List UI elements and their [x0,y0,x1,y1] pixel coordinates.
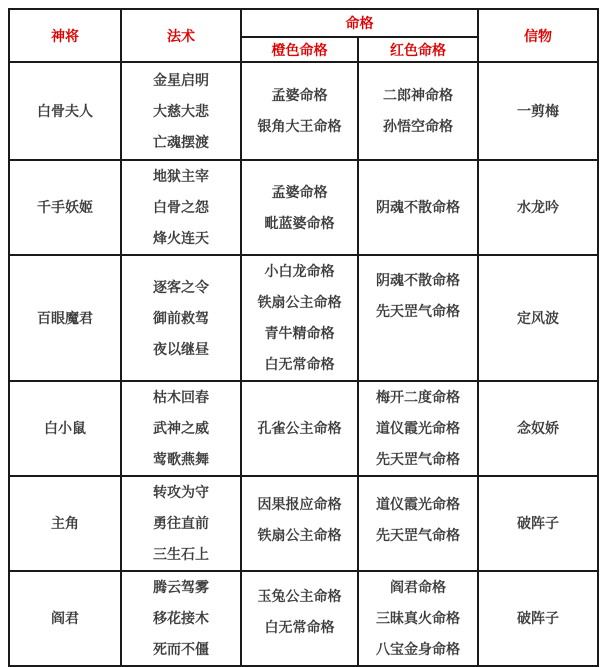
token-name: 定风波 [479,303,597,334]
orange-fate-line: 孟婆命格 [242,80,357,111]
general-name: 百眼魔君 [10,303,120,334]
header-fate-group: 命格 [241,9,478,37]
spells-cell: 腾云驾雾 移花接木 死而不僵 [121,571,241,666]
orange-fate-line: 孟婆命格 [242,177,357,208]
red-fate-line: 阎君命格 [359,572,477,603]
spell-line: 白骨之怨 [122,192,240,223]
general-cell: 主角 [9,476,121,571]
orange-fate-line: 玉兔公主命格 [242,581,357,612]
spell-line: 枯木回春 [122,382,240,413]
red-fate-line: 孙悟空命格 [359,111,477,142]
header-token: 信物 [478,9,598,62]
general-name: 白骨夫人 [10,96,120,127]
spell-line: 转攻为守 [122,477,240,508]
orange-fate-line: 白无常命格 [242,612,357,643]
general-name: 阎君 [10,603,120,634]
table-row: 主角 转攻为守 勇往直前 三生石上 因果报应命格 铁扇公主命格 道仪霞光命格 先… [9,476,598,571]
spell-line: 夜以继昼 [122,334,240,365]
red-fate-cell: 阴魂不散命格 先天罡气命格 [358,255,478,381]
red-fate-line: 先天罡气命格 [359,296,477,327]
red-fate-line: 道仪霞光命格 [359,489,477,520]
spells-cell: 地狱主宰 白骨之怨 烽火连天 [121,160,241,255]
spell-line: 大慈大悲 [122,96,240,127]
token-cell: 念奴娇 [478,381,598,476]
token-cell: 破阵子 [478,571,598,666]
token-name: 念奴娇 [479,413,597,444]
orange-fate-line: 铁扇公主命格 [242,520,357,551]
red-fate-cell: 阎君命格 三昧真火命格 八宝金身命格 [358,571,478,666]
orange-fate-cell: 孟婆命格 毗蓝婆命格 [241,160,358,255]
general-cell: 白小鼠 [9,381,121,476]
header-row-1: 神将 法术 命格 信物 [9,9,598,37]
red-fate-line: 二郎神命格 [359,80,477,111]
table-header: 神将 法术 命格 信物 橙色命格 红色命格 [9,9,598,62]
spells-cell: 转攻为守 勇往直前 三生石上 [121,476,241,571]
orange-fate-line: 银角大王命格 [242,111,357,142]
table-row: 白小鼠 枯木回春 武神之威 莺歌燕舞 孔雀公主命格 梅开二度命格 道仪霞光命格 … [9,381,598,476]
token-cell: 定风波 [478,255,598,381]
spells-cell: 枯木回春 武神之威 莺歌燕舞 [121,381,241,476]
red-fate-cell: 道仪霞光命格 先天罡气命格 [358,476,478,571]
token-cell: 破阵子 [478,476,598,571]
spell-line: 腾云驾雾 [122,572,240,603]
spell-line: 金星启明 [122,65,240,96]
table-body: 白骨夫人 金星启明 大慈大悲 亡魂摆渡 孟婆命格 银角大王命格 二郎神命格 孙悟… [9,62,598,666]
token-cell: 一剪梅 [478,62,598,160]
spells-cell: 逐客之令 御前救驾 夜以继昼 [121,255,241,381]
orange-fate-line: 铁扇公主命格 [242,287,357,318]
spell-line: 亡魂摆渡 [122,127,240,158]
general-cell: 阎君 [9,571,121,666]
orange-fate-cell: 孔雀公主命格 [241,381,358,476]
header-orange-fate: 橙色命格 [241,37,358,62]
table-row: 千手妖姬 地狱主宰 白骨之怨 烽火连天 孟婆命格 毗蓝婆命格 阴魂不散命格 水龙… [9,160,598,255]
red-fate-line: 先天罡气命格 [359,520,477,551]
orange-fate-cell: 孟婆命格 银角大王命格 [241,62,358,160]
spell-line: 勇往直前 [122,508,240,539]
token-name: 一剪梅 [479,96,597,127]
token-name: 水龙吟 [479,192,597,223]
general-cell: 百眼魔君 [9,255,121,381]
red-fate-line: 梅开二度命格 [359,382,477,413]
spell-line: 武神之威 [122,413,240,444]
red-fate-line: 八宝金身命格 [359,634,477,665]
token-name: 破阵子 [479,603,597,634]
spell-line: 御前救驾 [122,303,240,334]
spell-line: 移花接木 [122,603,240,634]
red-fate-line: 三昧真火命格 [359,603,477,634]
spell-line: 逐客之令 [122,272,240,303]
orange-fate-cell: 因果报应命格 铁扇公主命格 [241,476,358,571]
spell-line: 三生石上 [122,539,240,570]
general-name: 主角 [10,508,120,539]
spells-cell: 金星启明 大慈大悲 亡魂摆渡 [121,62,241,160]
orange-fate-line: 孔雀公主命格 [242,413,357,444]
red-fate-cell: 梅开二度命格 道仪霞光命格 先天罡气命格 [358,381,478,476]
token-cell: 水龙吟 [478,160,598,255]
general-name: 白小鼠 [10,413,120,444]
table-row: 白骨夫人 金星启明 大慈大悲 亡魂摆渡 孟婆命格 银角大王命格 二郎神命格 孙悟… [9,62,598,160]
spell-line: 莺歌燕舞 [122,444,240,475]
orange-fate-line: 青牛精命格 [242,318,357,349]
red-fate-line: 阴魂不散命格 [359,192,477,223]
general-cell: 千手妖姬 [9,160,121,255]
fate-table: 神将 法术 命格 信物 橙色命格 红色命格 白骨夫人 金星启明 大慈大悲 亡魂摆… [8,8,599,667]
orange-fate-cell: 小白龙命格 铁扇公主命格 青牛精命格 白无常命格 [241,255,358,381]
spell-line: 死而不僵 [122,634,240,665]
header-general: 神将 [9,9,121,62]
orange-fate-line: 因果报应命格 [242,489,357,520]
red-fate-cell: 阴魂不散命格 [358,160,478,255]
red-fate-line: 先天罡气命格 [359,444,477,475]
red-fate-line: 道仪霞光命格 [359,413,477,444]
token-name: 破阵子 [479,508,597,539]
table-row: 百眼魔君 逐客之令 御前救驾 夜以继昼 小白龙命格 铁扇公主命格 青牛精命格 白… [9,255,598,381]
table-row: 阎君 腾云驾雾 移花接木 死而不僵 玉兔公主命格 白无常命格 阎君命格 三昧真火… [9,571,598,666]
spell-line: 烽火连天 [122,223,240,254]
general-name: 千手妖姬 [10,192,120,223]
red-fate-cell: 二郎神命格 孙悟空命格 [358,62,478,160]
fate-table-container: 神将 法术 命格 信物 橙色命格 红色命格 白骨夫人 金星启明 大慈大悲 亡魂摆… [8,8,599,667]
header-spells: 法术 [121,9,241,62]
red-fate-line: 阴魂不散命格 [359,265,477,296]
header-red-fate: 红色命格 [358,37,478,62]
orange-fate-line: 白无常命格 [242,349,357,380]
orange-fate-line: 小白龙命格 [242,256,357,287]
general-cell: 白骨夫人 [9,62,121,160]
orange-fate-line: 毗蓝婆命格 [242,208,357,239]
orange-fate-cell: 玉兔公主命格 白无常命格 [241,571,358,666]
spell-line: 地狱主宰 [122,161,240,192]
